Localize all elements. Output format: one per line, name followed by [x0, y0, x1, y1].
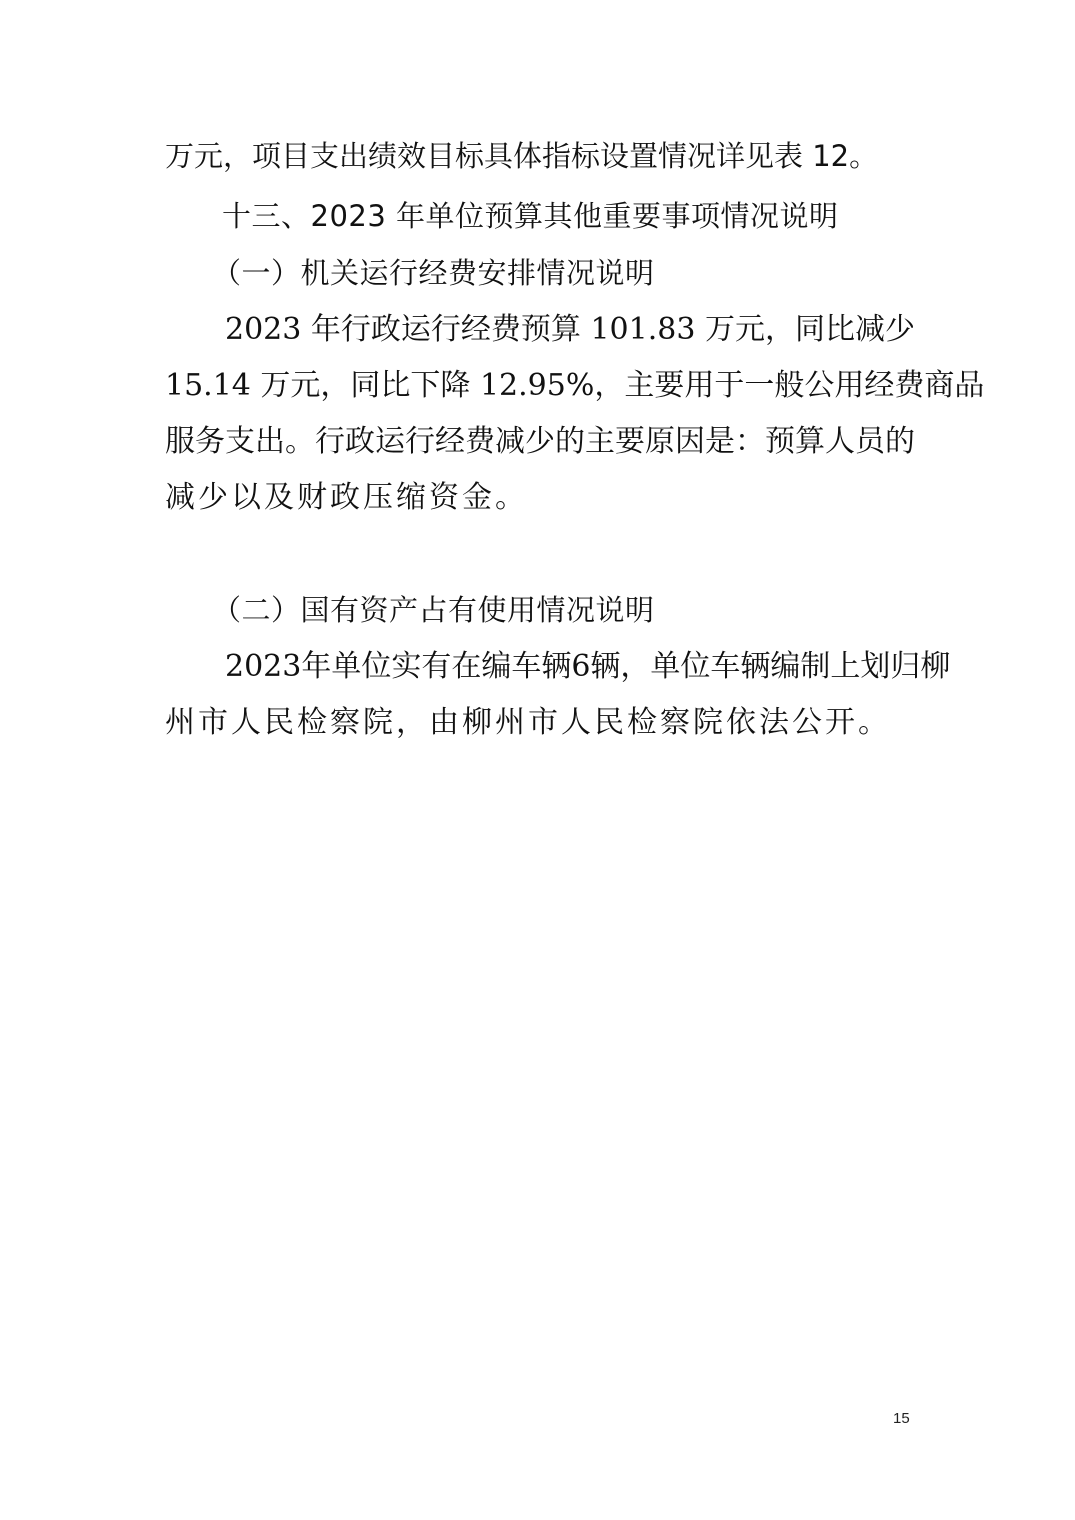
paragraph-2-line-1: 2023年单位实有在编车辆6辆，单位车辆编制上划归柳: [225, 647, 915, 687]
paragraph-1-line-4: 减少以及财政压缩资金。: [165, 478, 915, 518]
paragraph-1-line-1: 2023 年行政运行经费预算 101.83 万元，同比减少: [225, 310, 915, 350]
page-number: 15: [893, 1409, 910, 1429]
continuation-text-line: 万元，项目支出绩效目标具体指标设置情况详见表 12。: [165, 136, 915, 176]
paragraph-2-line-2: 州市人民检察院，由柳州市人民检察院依法公开。: [165, 703, 915, 743]
paragraph-1-line-2: 15.14 万元，同比下降 12.95%，主要用于一般公用经费商品: [165, 366, 915, 406]
subsection-heading-1: （一）机关运行经费安排情况说明: [212, 253, 962, 293]
paragraph-1-line-3: 服务支出。行政运行经费减少的主要原因是：预算人员的: [165, 422, 915, 462]
document-page: 万元，项目支出绩效目标具体指标设置情况详见表 12。 十三、2023 年单位预算…: [0, 0, 1075, 1520]
subsection-heading-2: （二）国有资产占有使用情况说明: [212, 590, 962, 630]
section-heading: 十三、2023 年单位预算其他重要事项情况说明: [222, 196, 972, 236]
